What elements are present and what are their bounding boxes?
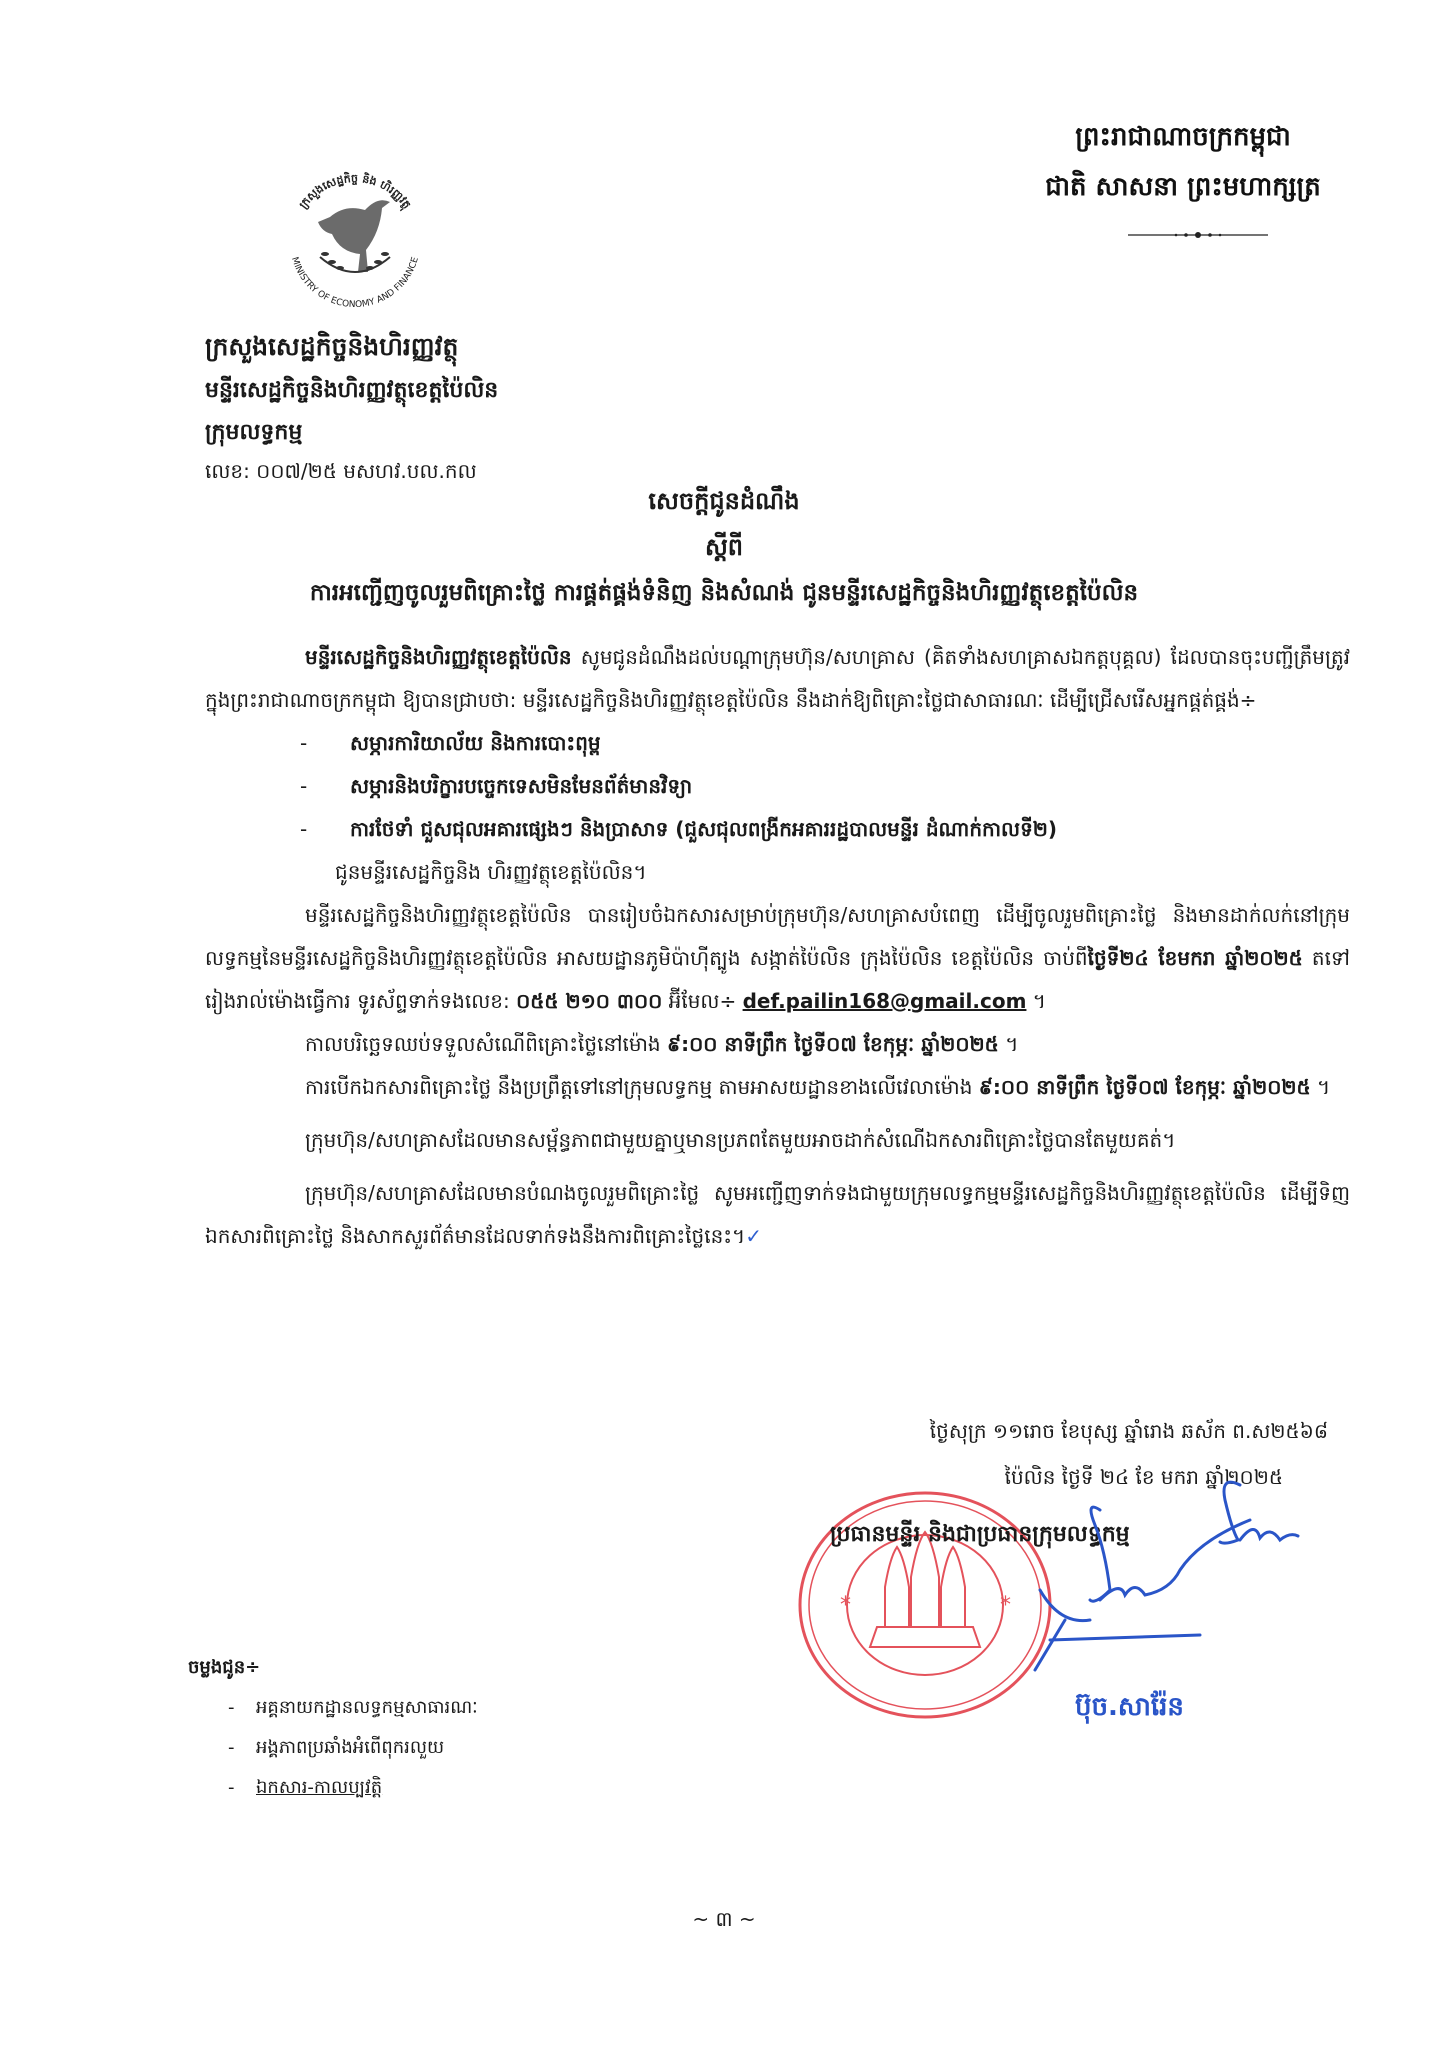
page-number: ~ ៣ ~ <box>0 1906 1448 1936</box>
department-name: មន្ទីរសេដ្ឋកិច្ចនិងហិរញ្ញវត្ថុខេត្តប៉ៃលិ… <box>205 369 498 413</box>
logo-text-top: ក្រសួងសេដ្ឋកិច្ច និង ហិរញ្ញវត្ថុ <box>297 171 414 213</box>
committee-name: ក្រុមលទ្ធកម្ម <box>205 413 498 453</box>
kingdom-line-1: ព្រះរាជាណាចក្រកម្ពុជា <box>1013 112 1353 162</box>
email-link[interactable]: def.pailin168@gmail.com <box>743 989 1027 1013</box>
cc-list: អគ្គនាយកដ្ឋានលទ្ធកម្មសាធារណៈ អង្គភាពប្រឆ… <box>188 1688 478 1808</box>
items-tail: ជូនមន្ទីរសេដ្ឋកិច្ចនិង ហិរញ្ញវត្ថុខេត្តប… <box>205 851 1350 894</box>
ministry-logo: ក្រសួងសេដ្ឋកិច្ច និង ហិរញ្ញវត្ថុ MINISTR… <box>270 162 440 312</box>
issuer-block: ក្រសួងសេដ្ឋកិច្ចនិងហិរញ្ញវត្ថុ មន្ទីរសេដ… <box>205 325 498 489</box>
paragraph-contact: ក្រុមហ៊ុន/សហគ្រាសដែលមានបំណងចូលរួមពិគ្រោះ… <box>205 1172 1350 1258</box>
cc-item: ឯកសារ-កាលប្បវត្តិ <box>228 1768 478 1808</box>
cc-label: ចម្លងជូន÷ <box>188 1648 478 1688</box>
list-item: សម្ភារការិយាល័យ និងការបោះពុម្ព <box>300 722 1350 765</box>
kingdom-motto: ព្រះរាជាណាចក្រកម្ពុជា ជាតិ សាសនា ព្រះមហា… <box>1013 112 1353 212</box>
procurement-items: សម្ភារការិយាល័យ និងការបោះពុម្ព សម្ភារនិង… <box>205 722 1350 851</box>
cc-item: អង្គភាពប្រឆាំងអំពើពុករលួយ <box>228 1728 478 1768</box>
kingdom-line-2: ជាតិ សាសនា ព្រះមហាក្សត្រ <box>1013 162 1353 212</box>
title-line-2: ស្តីពី <box>0 524 1448 570</box>
document-title: សេចក្តីជូនដំណឹង ស្តីពី ការអញ្ជើញចូលរួមពិ… <box>0 478 1448 616</box>
list-item: សម្ភារនិងបរិក្ខារបច្ចេកទេសមិនមែនព័ត៌មានវ… <box>300 765 1350 808</box>
department-bold: មន្ទីរសេដ្ឋកិច្ចនិងហិរញ្ញវត្ថុខេត្តប៉ៃលិ… <box>305 645 572 669</box>
ministry-name: ក្រសួងសេដ្ឋកិច្ចនិងហិរញ្ញវត្ថុ <box>205 325 498 369</box>
logo-text-bottom: MINISTRY OF ECONOMY AND FINANCE <box>289 256 421 310</box>
ornament-divider-icon <box>1128 226 1268 238</box>
checkmark-icon: ✓ <box>745 1224 762 1248</box>
svg-text:ក្រសួងសេដ្ឋកិច្ច និង ហិរញ្ញវត្: ក្រសួងសេដ្ឋកិច្ច និង ហិរញ្ញវត្ថុ <box>297 171 414 213</box>
phone-number: ០៥៥ ២១០ ៣០០ <box>516 989 662 1013</box>
cc-block: ចម្លងជូន÷ អគ្គនាយកដ្ឋានលទ្ធកម្មសាធារណៈ អ… <box>188 1648 478 1808</box>
list-item: ការថែទាំ ជួសជុលអគារផ្សេងៗ និងប្រាសាទ (ជួ… <box>300 808 1350 851</box>
paragraph-intro: មន្ទីរសេដ្ឋកិច្ចនិងហិរញ្ញវត្ថុខេត្តប៉ៃលិ… <box>205 636 1350 722</box>
signature-icon <box>920 1470 1300 1700</box>
title-line-1: សេចក្តីជូនដំណឹង <box>0 478 1448 524</box>
signer-name: ប៊ុច.សារ៉ែន <box>1075 1690 1184 1728</box>
cc-item: អគ្គនាយកដ្ឋានលទ្ធកម្មសាធារណៈ <box>228 1688 478 1728</box>
svg-text:MINISTRY OF ECONOMY AND FINANC: MINISTRY OF ECONOMY AND FINANCE <box>289 256 421 310</box>
paragraph-opening: ការបើកឯកសារពិគ្រោះថ្លៃ នឹងប្រព្រឹត្តទៅនៅ… <box>205 1066 1350 1109</box>
paragraph-documents: មន្ទីរសេដ្ឋកិច្ចនិងហិរញ្ញវត្ថុខេត្តប៉ៃលិ… <box>205 894 1350 1023</box>
document-body: មន្ទីរសេដ្ឋកិច្ចនិងហិរញ្ញវត្ថុខេត្តប៉ៃលិ… <box>205 636 1350 1258</box>
paragraph-deadline: កាលបរិច្ឆេទឈប់ទទួលសំណើពិគ្រោះថ្លៃនៅម៉ោង … <box>205 1023 1350 1066</box>
paragraph-single-bid: ក្រុមហ៊ុន/សហគ្រាសដែលមានសម្ព័ន្ធភាពជាមួយគ… <box>205 1119 1350 1162</box>
lunar-date: ថ្ងៃសុក្រ ១១រោច ខែបុស្ស ឆ្នាំរោង ឆស័ក ព.… <box>930 1408 1328 1454</box>
title-subject: ការអញ្ជើញចូលរួមពិគ្រោះថ្លៃ ការផ្គត់ផ្គង់… <box>0 570 1448 616</box>
svg-text:*: * <box>840 1593 851 1618</box>
